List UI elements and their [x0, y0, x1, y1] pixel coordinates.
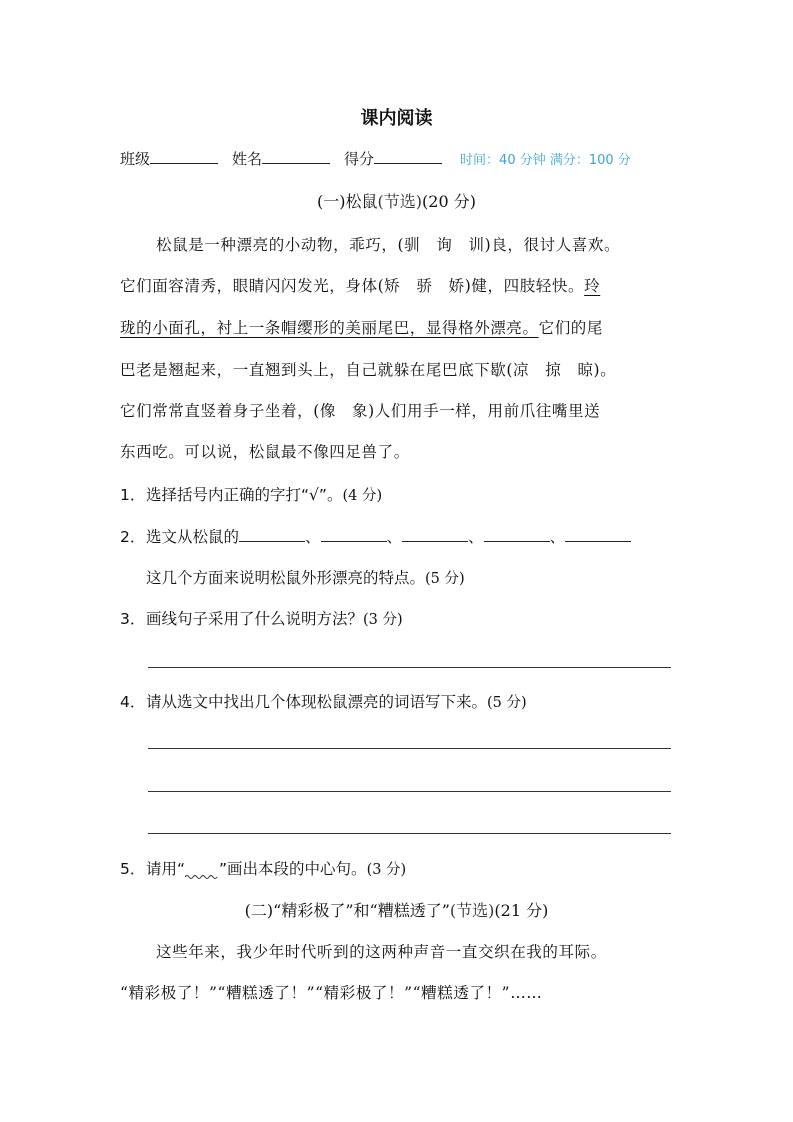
question-text: 选文从松鼠的 — [146, 528, 239, 546]
question-number: 5． — [120, 857, 146, 879]
question-number: 1． — [120, 483, 146, 505]
question-number: 2． — [120, 525, 146, 547]
answer-blank-5[interactable] — [565, 526, 631, 542]
passage2-line-1: 这些年来，我少年时代听到的这两种声音一直交织在我的耳际。 — [120, 940, 712, 962]
section1-heading: (一)松鼠(节选)(20 分) — [0, 189, 793, 212]
answer-line-q4-2[interactable] — [148, 791, 671, 792]
question-text: 请从选文中找出几个体现松鼠漂亮的词语写下来。 — [146, 693, 487, 711]
answer-line-q4-1[interactable] — [148, 748, 671, 749]
question-score: (3 分) — [367, 862, 407, 878]
question-score: (4 分) — [342, 488, 382, 504]
timing-info: 时间：40 分钟 满分：100 分 — [460, 149, 631, 168]
question-text: 画线句子采用了什么说明方法？ — [146, 610, 363, 628]
page-title: 课内阅读 — [0, 104, 793, 130]
answer-blank-1[interactable] — [239, 526, 305, 542]
name-field[interactable] — [262, 149, 330, 164]
question-number: 4． — [120, 690, 146, 712]
question-number: 3． — [120, 607, 146, 629]
score-field[interactable] — [374, 149, 442, 164]
separator: 、 — [387, 528, 403, 546]
question-3: 3．画线句子采用了什么说明方法？(3 分) — [120, 607, 403, 629]
passage1-line-5: 它们常常直竖着身子坐着，(像 象)人们用手一样，用前爪往嘴里送 — [120, 399, 676, 421]
name-label: 姓名 — [232, 148, 262, 169]
answer-line-q4-3[interactable] — [148, 833, 671, 834]
passage1-line-6: 东西吃。可以说，松鼠最不像四足兽了。 — [120, 440, 676, 462]
class-label: 班级 — [120, 148, 150, 169]
answer-line-q3[interactable] — [148, 667, 671, 668]
question-5: 5．请用“”画出本段的中心句。(3 分) — [120, 857, 406, 879]
section2-title: (二)“精彩极了”和“糟糕透了” — [245, 901, 450, 920]
question-score: (5 分) — [487, 695, 527, 711]
passage1-line-4: 巴老是翘起来，一直翘到头上，自己就躲在尾巴底下歇(凉 掠 晾)。 — [120, 358, 676, 380]
question-text: 选择括号内正确的字打“√”。 — [146, 486, 342, 504]
class-field[interactable] — [150, 149, 218, 164]
wavy-underline-icon — [185, 862, 219, 874]
question-score: (3 分) — [363, 612, 403, 628]
section1-note: (节选) — [378, 192, 423, 211]
separator: 、 — [305, 528, 321, 546]
question-text: ”画出本段的中心句。 — [219, 860, 367, 878]
separator: 、 — [550, 528, 566, 546]
passage1-line-3: 珑的小面孔，衬上一条帽缨形的美丽尾巴，显得格外漂亮。它们的尾 — [120, 316, 676, 338]
underlined-sentence-start: 玲 — [584, 277, 600, 295]
passage1-text: 它们面容清秀，眼睛闪闪发光，身体(矫 骄 娇)健，四肢轻快。 — [120, 277, 584, 295]
question-2: 2．选文从松鼠的、、、、 — [120, 525, 631, 547]
answer-blank-3[interactable] — [402, 526, 468, 542]
score-label: 得分 — [344, 148, 374, 169]
answer-blank-4[interactable] — [484, 526, 550, 542]
separator: 、 — [468, 528, 484, 546]
question-text: 这几个方面来说明松鼠外形漂亮的特点。 — [146, 569, 425, 587]
question-4: 4．请从选文中找出几个体现松鼠漂亮的词语写下来。(5 分) — [120, 690, 527, 712]
section2-score: (21 分) — [494, 901, 548, 920]
section1-score: (20 分) — [422, 192, 476, 211]
section2-heading: (二)“精彩极了”和“糟糕透了”(节选)(21 分) — [0, 898, 793, 921]
question-score: (5 分) — [425, 571, 465, 587]
student-info-row: 班级 姓名 得分 时间：40 分钟 满分：100 分 — [120, 148, 680, 169]
passage2-line-2: “精彩极了！”“糟糕透了！”“精彩极了！”“糟糕透了！”…… — [120, 981, 676, 1003]
underlined-sentence: 珑的小面孔，衬上一条帽缨形的美丽尾巴，显得格外漂亮。 — [120, 319, 539, 337]
section1-title: (一)松鼠 — [317, 192, 378, 211]
question-text: 请用“ — [146, 860, 185, 878]
question-2-continued: 这几个方面来说明松鼠外形漂亮的特点。(5 分) — [146, 566, 465, 588]
passage1-text: 它们的尾 — [539, 319, 603, 337]
section2-note: (节选) — [450, 901, 495, 920]
question-1: 1．选择括号内正确的字打“√”。(4 分) — [120, 483, 382, 505]
passage1-line-2: 它们面容清秀，眼睛闪闪发光，身体(矫 骄 娇)健，四肢轻快。玲 — [120, 274, 676, 296]
passage1-line-1: 松鼠是一种漂亮的小动物，乖巧，(驯 询 训)良，很讨人喜欢。 — [120, 233, 712, 255]
answer-blank-2[interactable] — [321, 526, 387, 542]
